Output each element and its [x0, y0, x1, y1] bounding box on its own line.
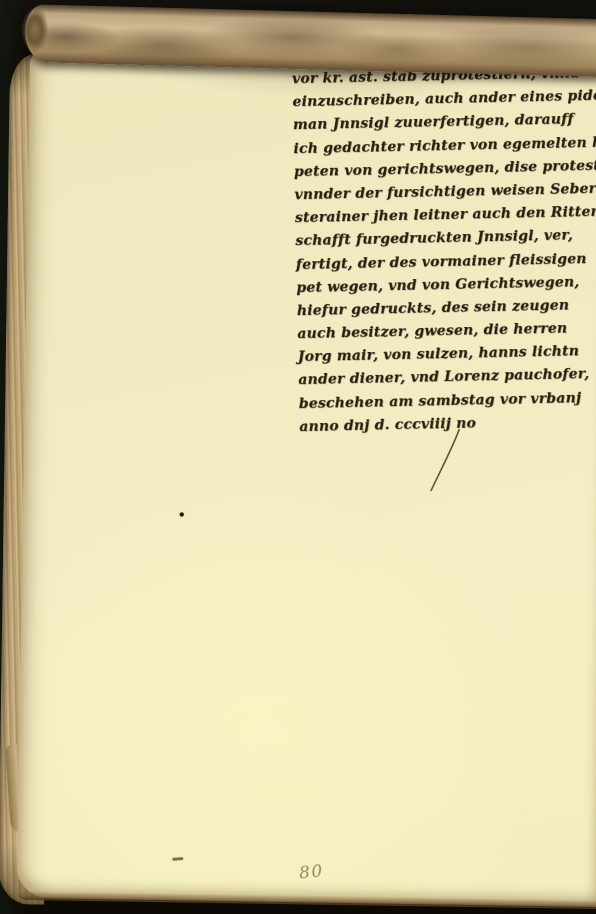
manuscript-page: vor kr. ast. stab zuprotestiern, vnnd ei…	[17, 50, 596, 907]
page-bottom-edge	[17, 891, 596, 909]
handwritten-text-block: vor kr. ast. stab zuprotestiern, vnnd ei…	[292, 61, 596, 439]
page-number: 80	[298, 861, 325, 884]
ink-flourish	[425, 428, 466, 493]
ink-dash	[172, 857, 183, 860]
ink-speck	[180, 512, 184, 516]
manuscript-scan: vor kr. ast. stab zuprotestiern, vnnd ei…	[0, 0, 596, 914]
parchment-roll-endcap	[21, 6, 56, 59]
